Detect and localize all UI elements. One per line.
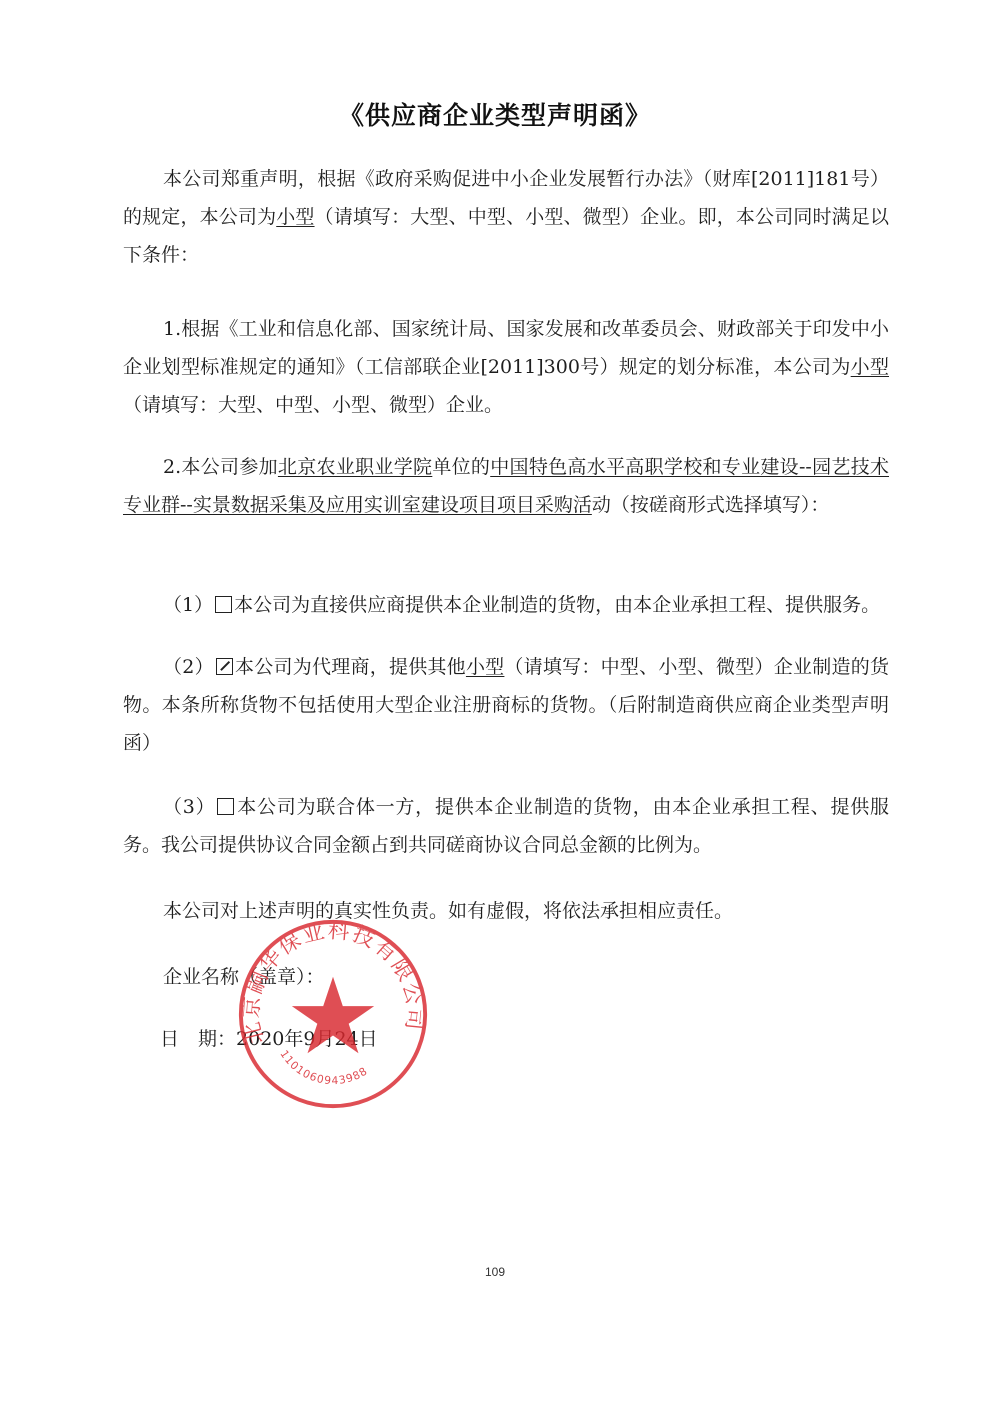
- page-number: 109: [0, 1265, 990, 1279]
- item-1-text-2: （请填写：大型、中型、小型、微型）企业。: [123, 394, 503, 416]
- date-line: 日 期：2020年9月24日: [160, 1020, 926, 1058]
- date-label: 日 期：: [160, 1028, 236, 1050]
- purchaser-name: 北京农业职业学院: [278, 456, 432, 478]
- option-1-checkbox[interactable]: [215, 596, 232, 613]
- option-3-checkbox[interactable]: [217, 798, 234, 815]
- company-name-label: 企业名称（盖章）：: [123, 958, 889, 996]
- intro-company-type: 小型: [276, 206, 314, 228]
- option-3-text: 本公司为联合体一方，提供本企业制造的货物，由本企业承担工程、提供服务。我公司提供…: [123, 796, 889, 856]
- item-1-text-1: 1.根据《工业和信息化部、国家统计局、国家发展和改革委员会、财政部关于印发中小企…: [123, 318, 889, 378]
- option-2-checkbox-checked[interactable]: [216, 658, 233, 675]
- company-seal-stamp: 北京嗣华保业科技有限公司 1101060943988: [235, 916, 431, 1112]
- option-2-text-1: 本公司为代理商，提供其他: [235, 656, 466, 678]
- option-1: （1）本公司为直接供应商提供本企业制造的货物，由本企业承担工程、提供服务。: [123, 586, 889, 624]
- intro-paragraph: 本公司郑重声明，根据《政府采购促进中小企业发展暂行办法》（财库[2011]181…: [123, 160, 889, 274]
- option-1-label: （1）: [163, 594, 213, 616]
- item-2-text-2: 单位的: [432, 456, 490, 478]
- date-value: 2020年9月24日: [236, 1028, 378, 1050]
- option-1-text: 本公司为直接供应商提供本企业制造的货物，由本企业承担工程、提供服务。: [234, 594, 880, 616]
- item-2-text-1: 2.本公司参加: [163, 456, 278, 478]
- document-title: 《供应商企业类型声明函》: [0, 96, 990, 132]
- option-2: （2）本公司为代理商，提供其他小型（请填写：中型、小型、微型）企业制造的货物。本…: [123, 648, 889, 762]
- item-2-paragraph: 2.本公司参加北京农业职业学院单位的中国特色高水平高职学校和专业建设--园艺技术…: [123, 448, 889, 524]
- option-2-label: （2）: [163, 656, 214, 678]
- item-1-company-type: 小型: [851, 356, 889, 378]
- option-3-label: （3）: [163, 796, 215, 818]
- item-2-text-3: 动（按磋商形式选择填写）：: [592, 494, 830, 516]
- responsibility-statement: 本公司对上述声明的真实性负责。如有虚假，将依法承担相应责任。: [123, 892, 889, 930]
- item-1-paragraph: 1.根据《工业和信息化部、国家统计局、国家发展和改革委员会、财政部关于印发中小企…: [123, 310, 889, 424]
- option-2-fill: 小型: [466, 656, 504, 678]
- option-3: （3）本公司为联合体一方，提供本企业制造的货物，由本企业承担工程、提供服务。我公…: [123, 788, 889, 864]
